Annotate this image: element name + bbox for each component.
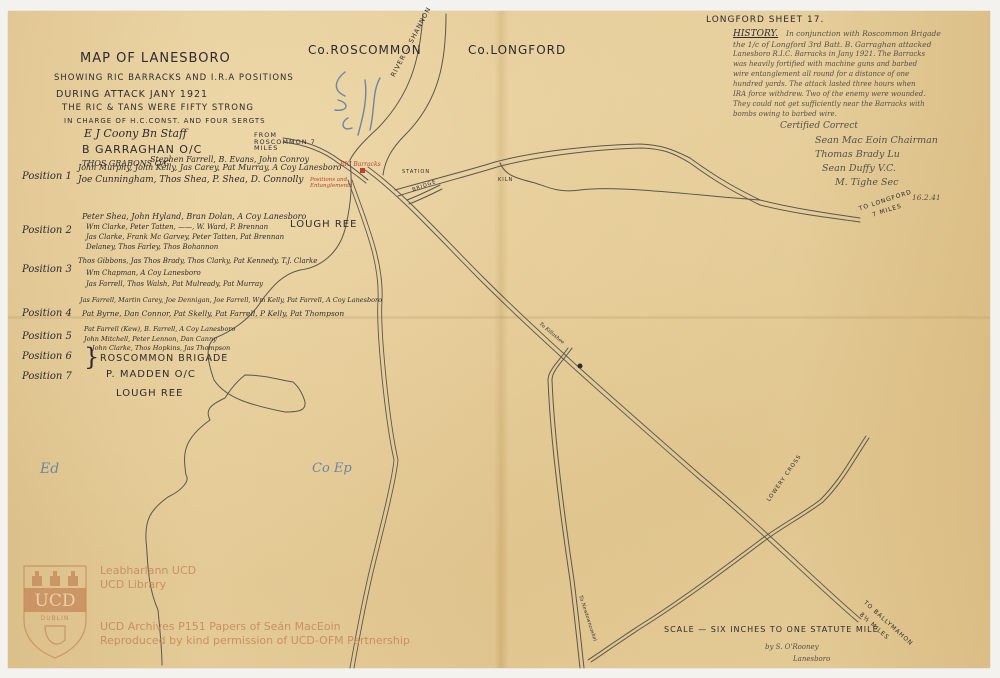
ucd-logo-subtext: DUBLIN — [41, 615, 70, 622]
brigade-note: ROSCOMMON BRIGADE — [100, 354, 228, 364]
positions-entanglements-label: Positions and Entanglements — [310, 178, 360, 189]
certified-note: Certified Correct — [780, 122, 858, 131]
author-note: by S. O'Rooney — [765, 644, 819, 651]
position-names: Pat Byrne, Dan Connor, Pat Skelly, Pat F… — [82, 310, 344, 318]
oc-line: B GARRAGHAN O/C — [82, 144, 202, 155]
history-date: 16.2.41 — [912, 194, 941, 202]
position-names: Jas Farrell, Thos Walsh, Pat Mulready, P… — [86, 281, 263, 288]
history-line: Lanesboro R.I.C. Barracks in Jany 1921. … — [733, 51, 925, 58]
sheet-reference: LONGFORD SHEET 17. — [706, 16, 824, 25]
county-label-longford: Co.LONGFORD — [468, 44, 566, 56]
road-label-kiln: KILN — [498, 178, 513, 183]
history-line: IRA force withdrew. Two of the enemy wer… — [733, 91, 925, 98]
watermark-permission: Reproduced by kind permission of UCD-OFM… — [100, 634, 410, 649]
position-names: Peter Shea, John Hyland, Bran Dolan, A C… — [82, 213, 306, 221]
road-west-ns — [348, 180, 394, 668]
watermark-library-english: UCD Library — [100, 578, 166, 593]
position-label: Position 4 — [22, 309, 72, 319]
road-label-station: STATION — [402, 170, 430, 175]
blue-pencil-mark — [335, 72, 380, 135]
signature: Sean Duffy V.C. — [822, 164, 896, 174]
author-place: Lanesboro — [793, 656, 830, 663]
position-label: Position 6 — [22, 352, 72, 362]
position-names: Wm Clarke, Peter Tatten, ——, W. Ward, P.… — [86, 224, 268, 231]
signature: M. Tighe Sec — [835, 178, 898, 188]
barracks-label: RIC Barracks — [340, 162, 381, 168]
position-names: Thos Gibbons, Jas Thos Brady, Thos Clark… — [78, 258, 317, 265]
signer-line: E J Coony Bn Staff — [84, 128, 187, 139]
signature: Thomas Brady Lu — [815, 150, 900, 160]
history-line: In conjunction with Roscommon Brigade — [786, 30, 941, 38]
position-names: Jas Clarke, Frank Mc Garvey, Peter Tatte… — [86, 234, 284, 241]
brace-mark: } — [84, 345, 99, 369]
position-names: Pat Farrell (Kew), B. Farrell, A Coy Lan… — [84, 326, 235, 333]
ucd-logo: UCD DUBLIN — [20, 560, 90, 660]
brigade-oc: P. MADDEN O/C — [106, 370, 196, 380]
history-line: the 1/c of Longford 3rd Batt. B. Garragh… — [733, 41, 931, 49]
lough-ree-label-bottom: LOUGH REE — [116, 389, 183, 399]
history-line: was heavily fortified with machine guns … — [733, 61, 917, 68]
position-label: Position 5 — [22, 332, 72, 342]
subtitle-line: IN CHARGE OF H.C.CONST. AND FOUR SERGTS — [64, 118, 266, 125]
position-names: John Clarke, Thos Hopkins, Jas Thompson — [92, 345, 230, 352]
watermark-archive-ref: UCD Archives P151 Papers of Seán MacEoin — [100, 620, 341, 635]
history-line: They could not get sufficiently near the… — [733, 101, 925, 108]
map-title: MAP OF LANESBORO — [80, 52, 231, 65]
pencil-mark: Co Ep — [312, 462, 352, 475]
history-line: hundred yards. The attack lasted three h… — [733, 81, 916, 88]
position-names: John Mitchell, Peter Lennon, Dan Canny — [84, 336, 217, 343]
position-label: Position 1 — [22, 172, 72, 182]
position-names: John Murphy, John Kelly, Jas Carey, Pat … — [78, 164, 341, 172]
history-line: wire entanglement all round for a distan… — [733, 71, 909, 78]
signature: Sean Mac Eoin Chairman — [815, 136, 938, 146]
position-names: Joe Cunningham, Thos Shea, P. Shea, D. C… — [78, 176, 304, 185]
scale-note: SCALE — SIX INCHES TO ONE STATUTE MILE — [664, 626, 879, 634]
position-label: Position 3 — [22, 265, 72, 275]
ucd-logo-text: UCD — [35, 591, 76, 611]
pencil-mark: Ed — [40, 462, 59, 476]
position-names: Jas Farrell, Martin Carey, Joe Dennigan,… — [80, 297, 382, 304]
position-label: Position 2 — [22, 226, 72, 236]
position-names: Wm Chapman, A Coy Lanesboro — [86, 270, 201, 277]
subtitle-line: THE RIC & TANS WERE FIFTY STRONG — [62, 104, 254, 113]
history-line: bombs owing to barbed wire. — [733, 111, 837, 118]
position-names: Delaney, Thos Farley, Thos Bohannon — [86, 244, 218, 251]
subtitle-line: DURING ATTACK JANY 1921 — [56, 90, 208, 100]
subtitle-line: SHOWING RIC BARRACKS AND I.R.A POSITIONS — [54, 74, 294, 83]
position-label: Position 7 — [22, 372, 72, 382]
road-to-longford — [395, 144, 860, 218]
barracks-marker — [360, 168, 365, 173]
history-heading: HISTORY. — [733, 30, 778, 39]
from-roscommon-label: FROM ROSCOMMON 7 MILES — [254, 132, 324, 152]
road-kiln-branch — [500, 163, 760, 200]
lough-ree-label-top: LOUGH REE — [290, 220, 357, 230]
watermark-library-irish: Leabharlann UCD — [100, 564, 196, 579]
